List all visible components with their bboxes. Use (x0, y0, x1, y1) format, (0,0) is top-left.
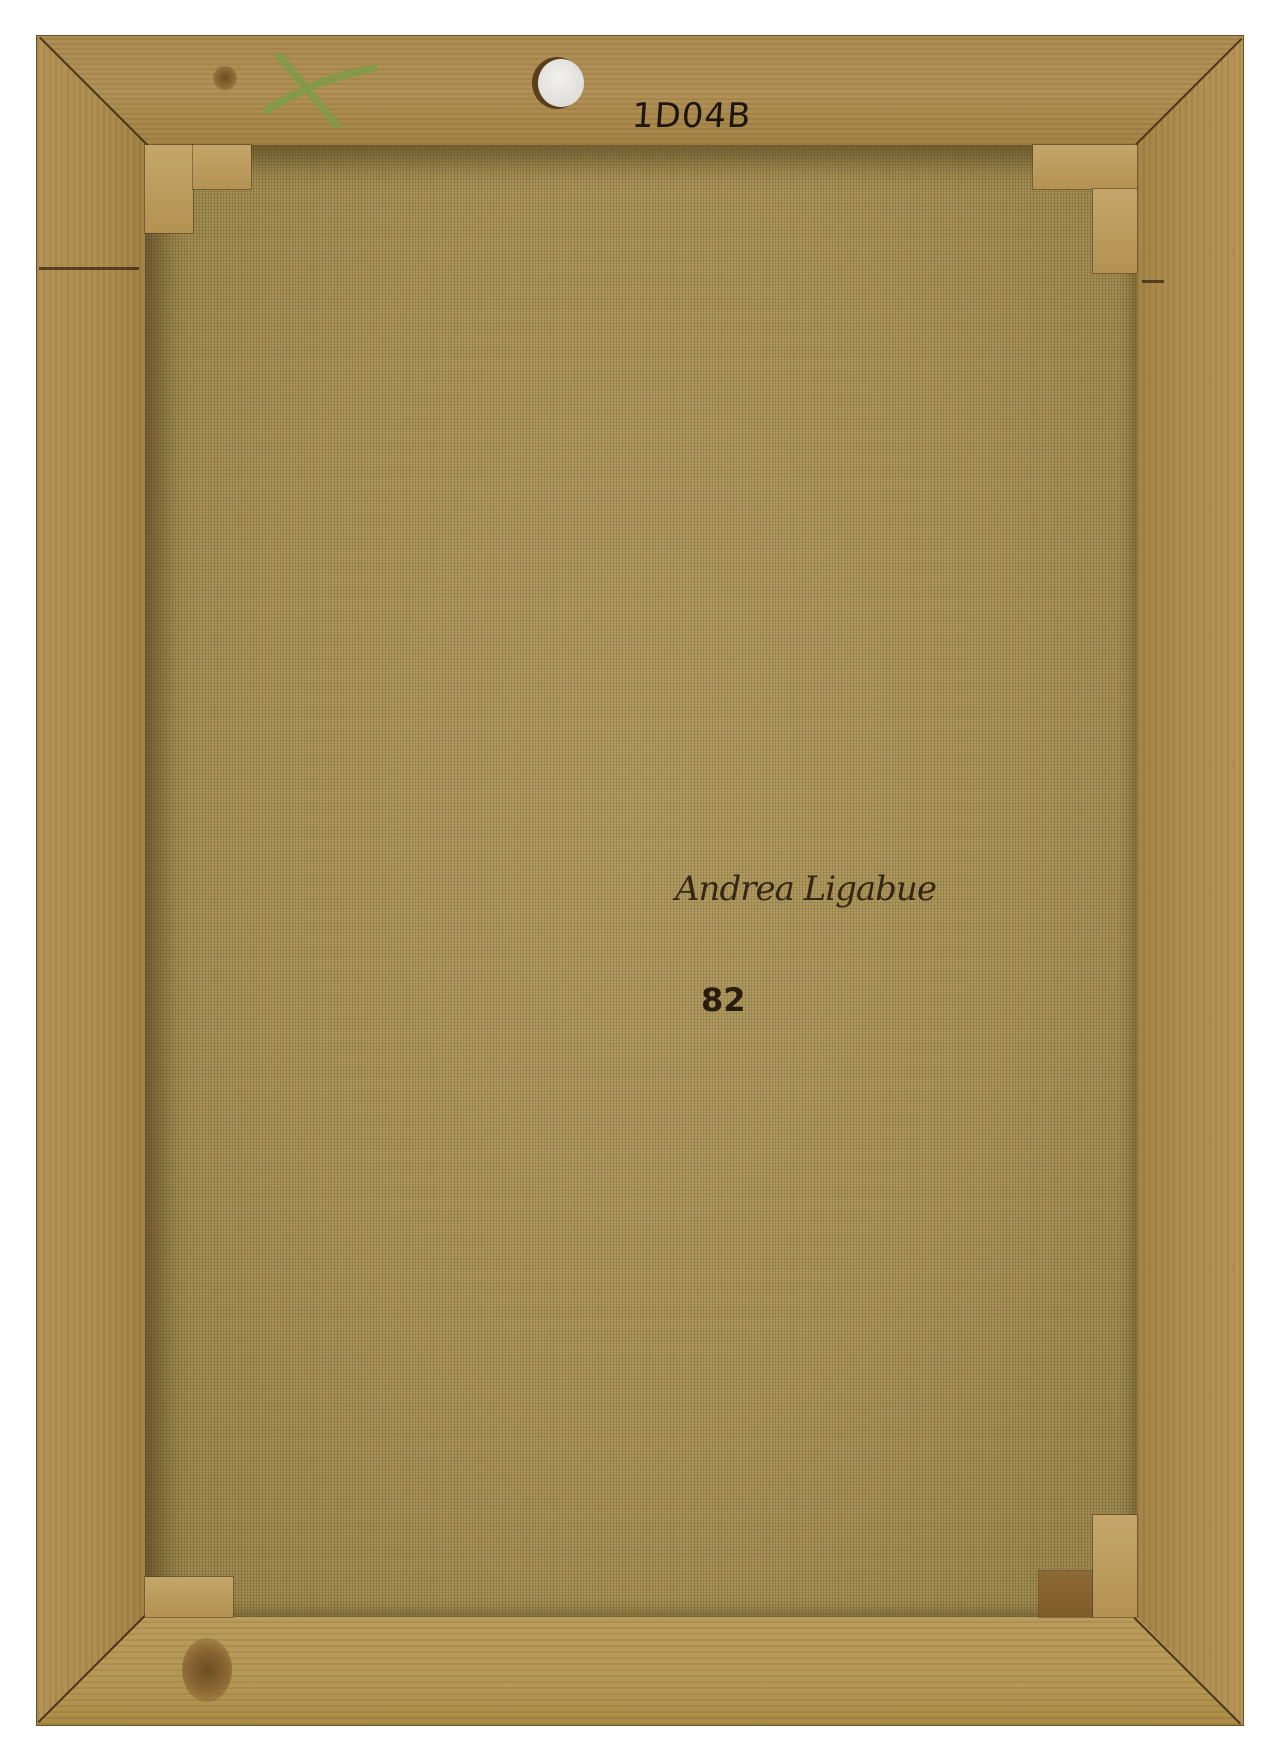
stretcher-bar-right (1137, 36, 1243, 1725)
corner-key-top-left-vertical (145, 145, 193, 233)
corner-key-top-left-horizontal (193, 145, 251, 189)
pencil-mark-right (1142, 280, 1164, 283)
pencil-mark-left (39, 267, 139, 270)
green-cross-mark (257, 48, 377, 128)
stretcher-frame: Andrea Ligabue 82 1D04B (37, 36, 1243, 1725)
year-inscription: 82 (701, 981, 746, 1019)
corner-key-bottom-right-horizontal (1039, 1571, 1093, 1617)
wood-knot (182, 1638, 232, 1702)
stretcher-bar-left (37, 36, 145, 1725)
corner-key-top-right-horizontal (1033, 145, 1137, 189)
corner-key-top-right-vertical (1093, 189, 1137, 273)
wood-knot (213, 66, 237, 90)
artist-signature: Andrea Ligabue (675, 869, 936, 909)
hanger-disc (538, 59, 584, 107)
inventory-code: 1D04B (631, 96, 753, 136)
canvas-back: Andrea Ligabue 82 (145, 145, 1137, 1617)
corner-key-bottom-left (145, 1577, 233, 1617)
corner-key-bottom-right-vertical (1093, 1515, 1137, 1617)
